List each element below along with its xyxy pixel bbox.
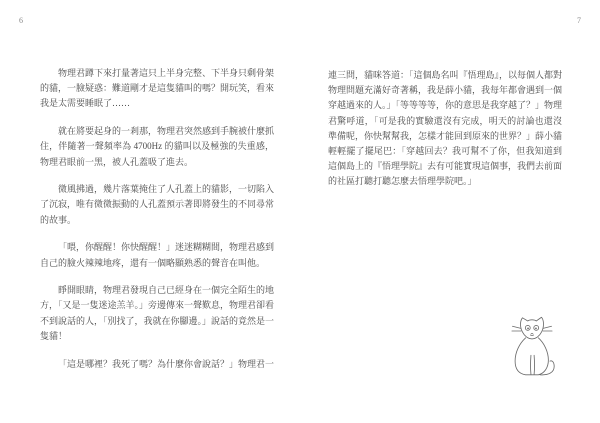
paragraph: 「這是哪裡？我死了嗎？為什麼你會說話？」物理君一 [40,357,274,372]
paragraph: 就在將要起身的一剎那，物理君突然感到手腕被什麼抓住，伴隨著一聲頻率為 4700H… [40,124,274,170]
paragraph: 「喂，你醒醒！你快醒醒！」迷迷糊糊間，物理君感到自己的臉火辣辣地疼，還有一個略顯… [40,240,274,270]
right-page-text: 連三問，貓咪答道：「這個島名叫『悟理島』，以每個人都對物理問題充滿好奇著稱，我是… [328,68,562,190]
page-number-left: 6 [19,16,23,25]
paragraph: 物理君蹲下來打量著這只上半身完整、下半身只剩骨架的貓，一臉疑惑：難道剛才是這隻貓… [40,66,274,112]
page-number-right: 7 [577,16,581,25]
book-spread: 6 7 物理君蹲下來打量著這只上半身完整、下半身只剩骨架的貓，一臉疑惑：難道剛才… [0,0,600,423]
cat-illustration [508,312,556,378]
paragraph: 睜開眼睛，物理君發現自己已經身在一個完全陌生的地方，「又是一隻迷途羔羊。」旁邊傳… [40,283,274,344]
paragraph: 連三問，貓咪答道：「這個島名叫『悟理島』，以每個人都對物理問題充滿好奇著稱，我是… [328,68,562,190]
left-page-text: 物理君蹲下來打量著這只上半身完整、下半身只剩骨架的貓，一臉疑惑：難道剛才是這隻貓… [40,66,274,372]
paragraph: 微風拂過，幾片落葉掩住了人孔蓋上的貓影，一切陷入了沉寂，唯有微微振動的人孔蓋預示… [40,182,274,228]
